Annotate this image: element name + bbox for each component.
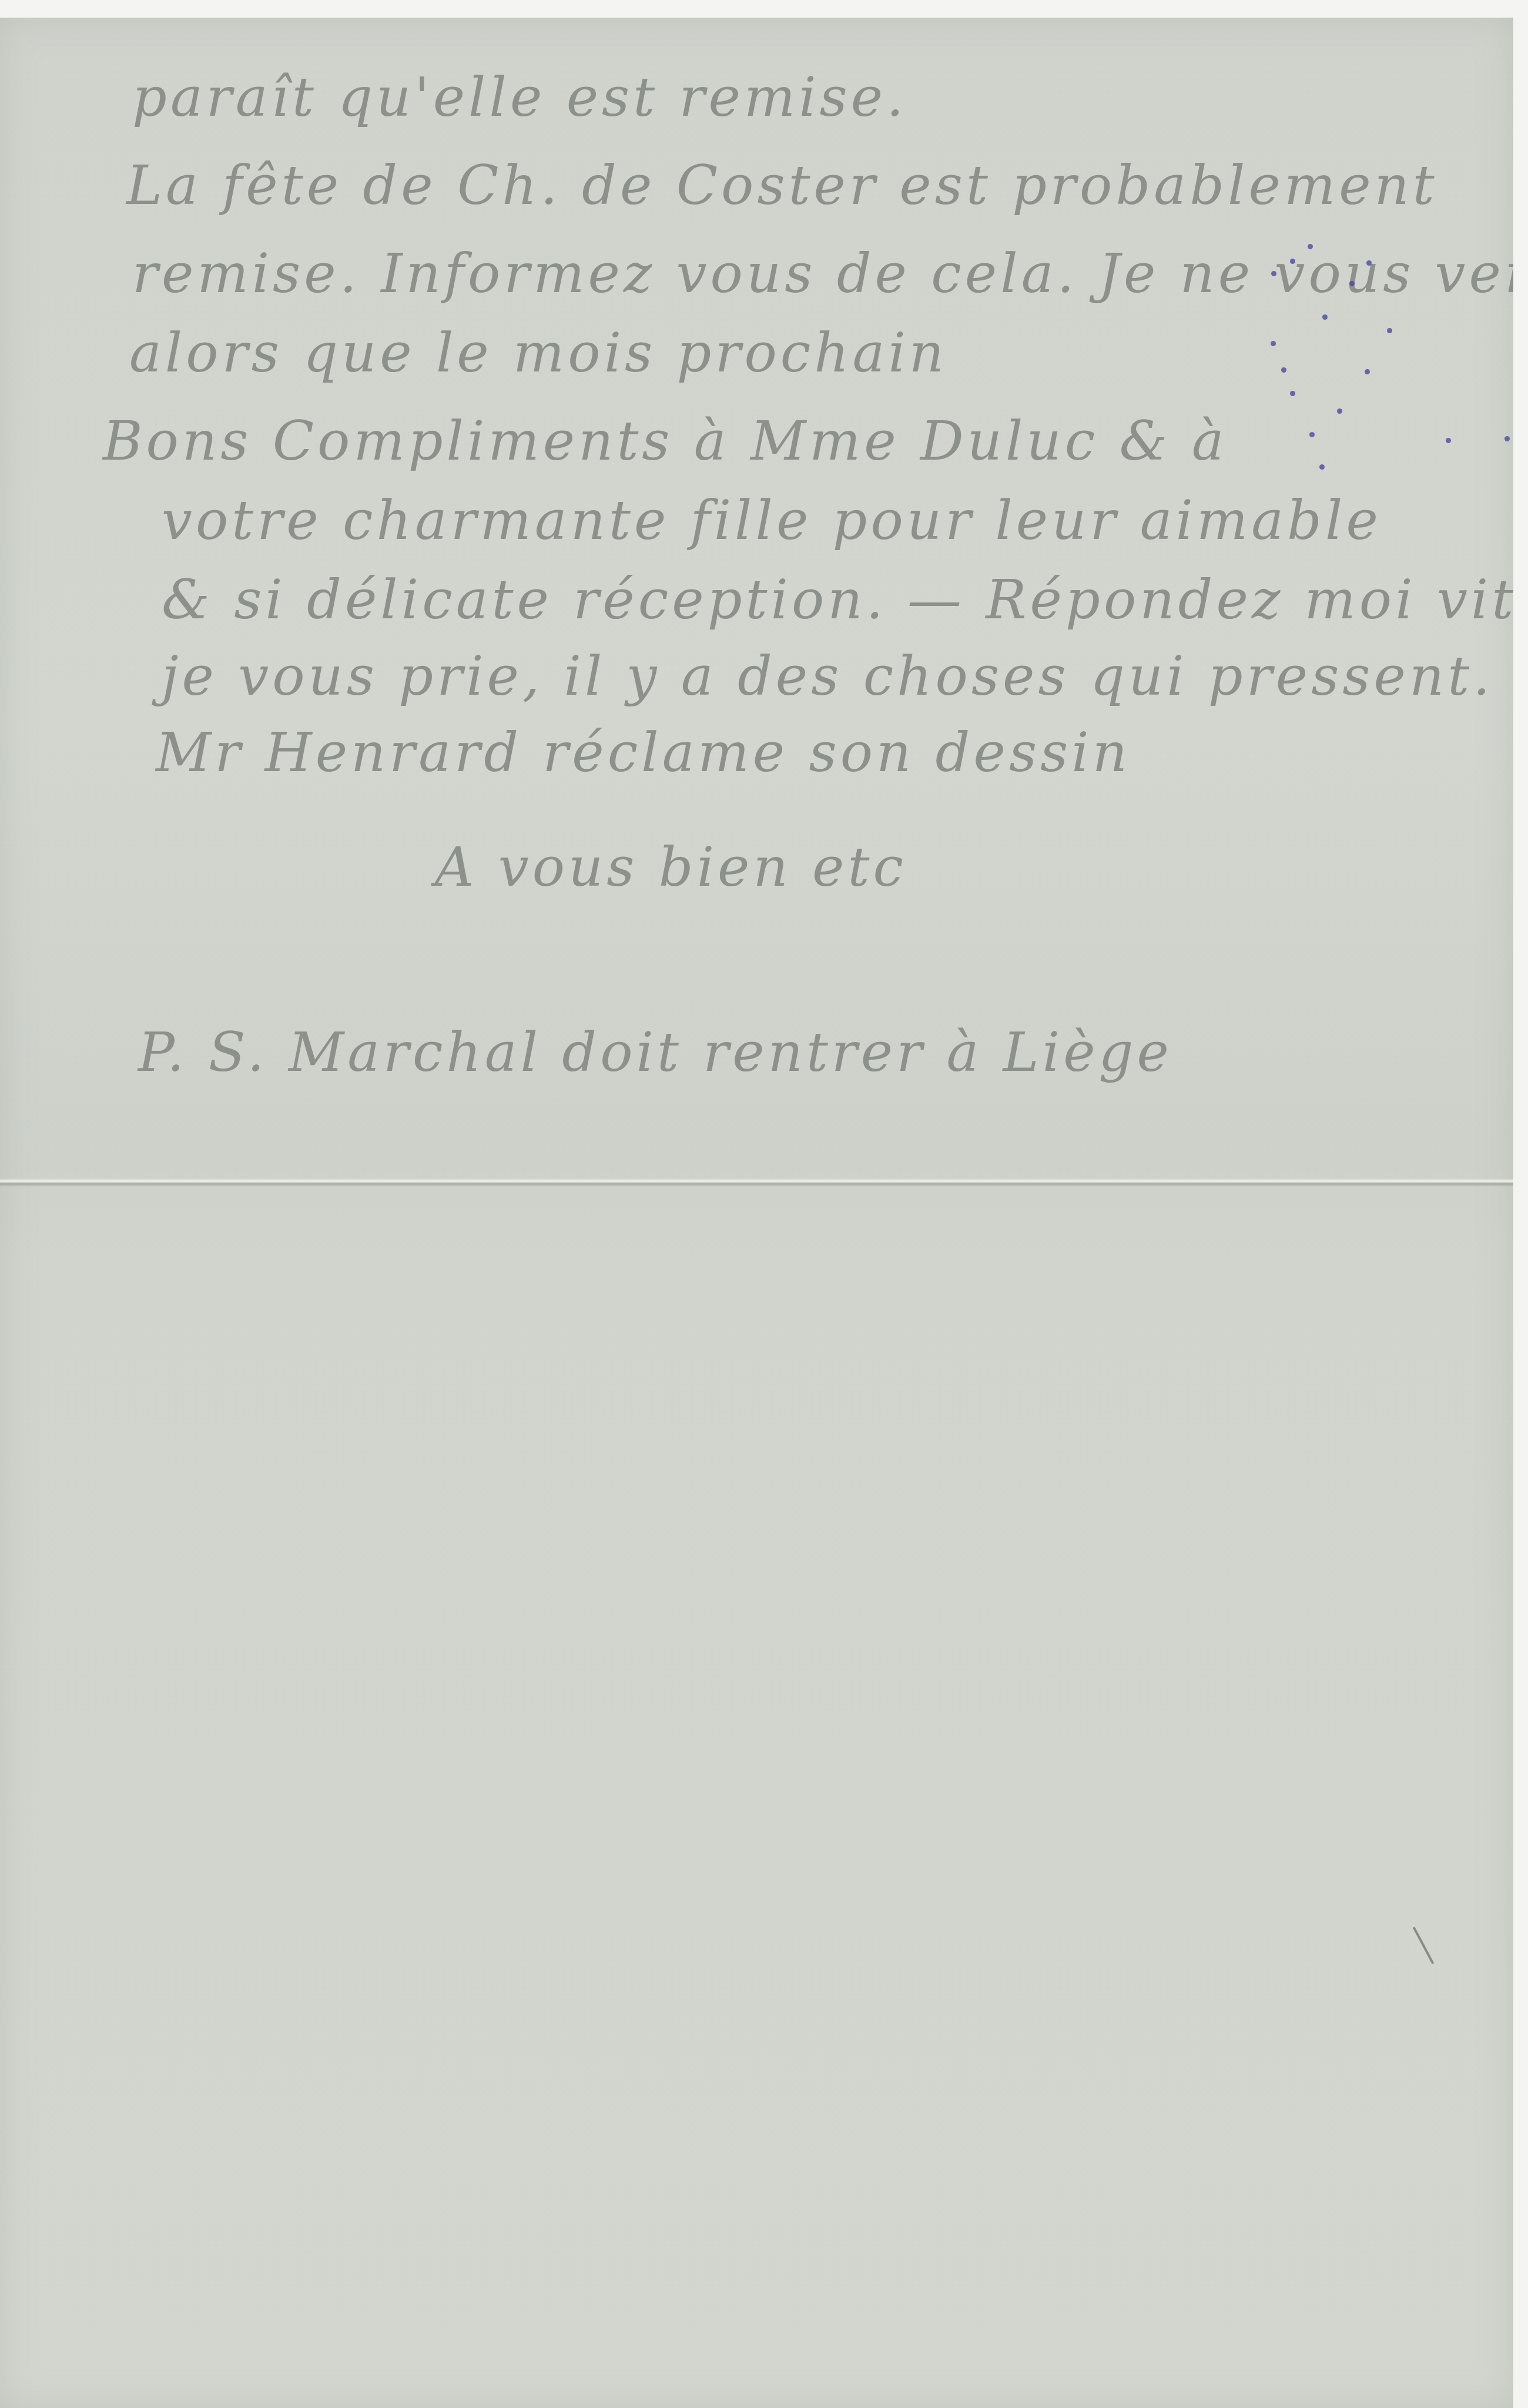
ink-speckle [1349, 281, 1355, 286]
ink-speckle [1337, 408, 1342, 414]
ink-speckle [1322, 314, 1328, 320]
letter-closing: A vous bien etc [435, 840, 907, 895]
letter-line-5: Bons Compliments à Mme Duluc & à [103, 414, 1228, 468]
letter-line-4: alors que le mois prochain [129, 326, 947, 380]
ink-speckle [1308, 244, 1313, 249]
letter-line-6: votre charmante fille pour leur aimable [162, 494, 1382, 548]
letter-line-1: paraît qu'elle est remise. [132, 71, 907, 125]
letter-line-2: La fête de Ch. de Coster est probablemen… [126, 159, 1438, 213]
scan-right-margin [1513, 18, 1528, 2408]
ink-speckle [1290, 259, 1295, 264]
ink-speckle [1446, 438, 1451, 443]
ink-speckle [1271, 341, 1276, 346]
ink-speckle [1271, 271, 1276, 276]
ink-speckle [1319, 464, 1325, 470]
letter-postscript: P. S. Marchal doit rentrer à Liège [138, 1026, 1172, 1080]
ink-speckle [1366, 260, 1372, 266]
ink-speckle [1281, 367, 1286, 373]
scan-top-margin [0, 0, 1528, 18]
ink-speckle [1309, 432, 1315, 437]
ink-speckle [1504, 436, 1510, 441]
ink-speckle [1290, 391, 1295, 396]
letter-line-8: je vous prie, il y a des choses qui pres… [162, 649, 1493, 704]
letter-line-7: & si délicate réception. — Répondez moi … [162, 573, 1528, 627]
ink-speckle [1365, 369, 1370, 374]
ink-speckle [1387, 328, 1392, 333]
letter-line-9: Mr Henrard réclame son dessin [156, 726, 1131, 780]
letter-line-3: remise. Informez vous de cela. Je ne vou… [132, 247, 1528, 301]
paper-fold-crease [0, 1178, 1513, 1187]
stray-pencil-mark [1413, 1927, 1434, 1964]
letter-paper: paraît qu'elle est remise. La fête de Ch… [0, 18, 1513, 2408]
